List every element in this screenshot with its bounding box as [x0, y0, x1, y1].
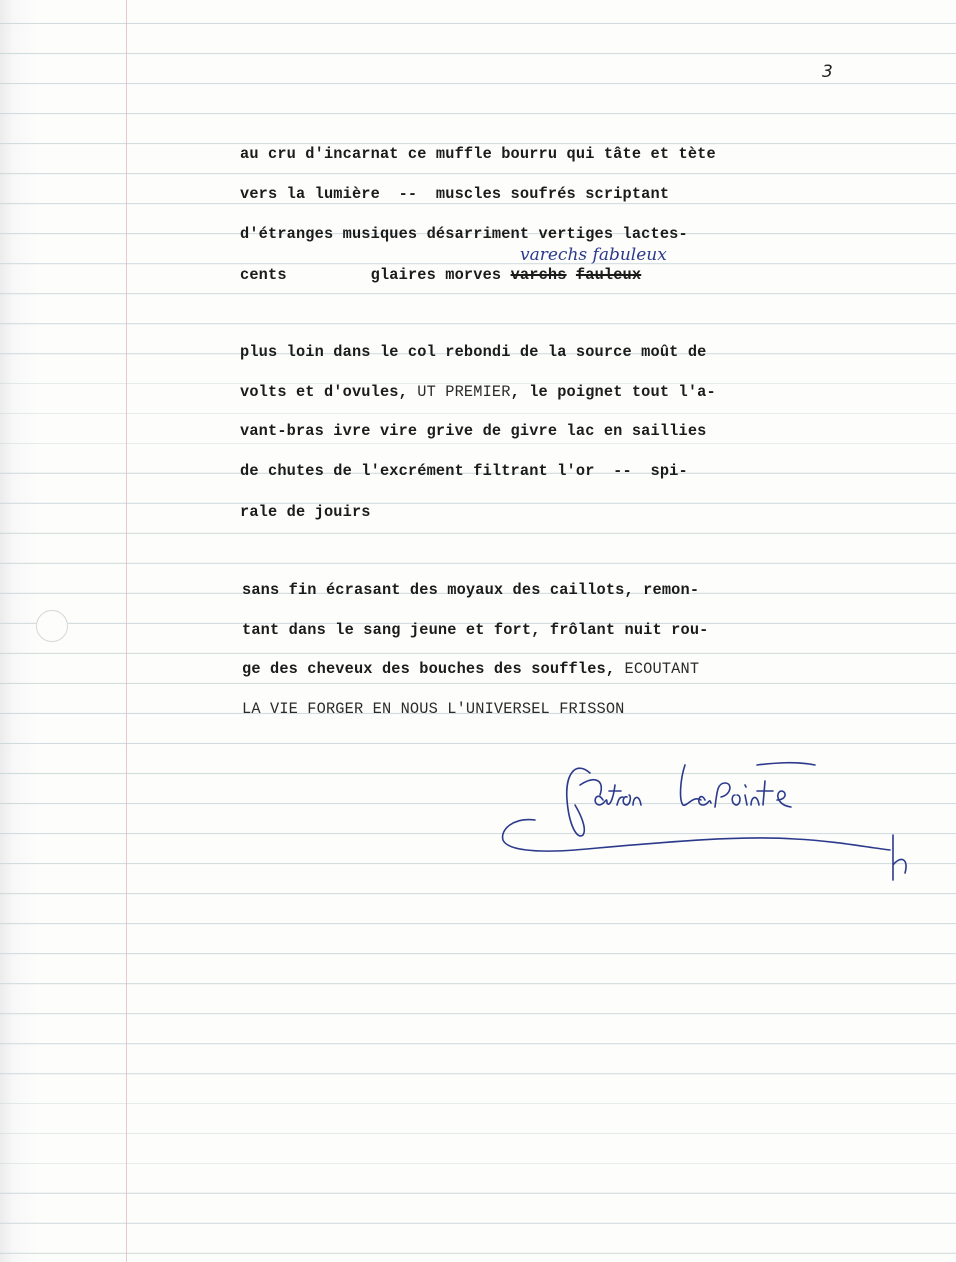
signature [495, 755, 925, 885]
handwritten-correction: varechs fabuleux [520, 245, 667, 265]
stanza1-line2: vers la lumière -- muscles soufrés scrip… [240, 187, 669, 202]
stanza2-line5: rale de jouirs [240, 505, 371, 520]
struck-word: varchs [511, 266, 567, 284]
stanza3-line3-start: ge des cheveux des bouches des souffles, [242, 660, 625, 678]
stanza2-line1: plus loin dans le col rebondi de la sour… [240, 345, 706, 360]
stanza2-line2-caps: UT PREMIER [417, 383, 510, 401]
stanza2-line4: de chutes de l'excrément filtrant l'or -… [240, 464, 688, 479]
struck-word: fauleux [576, 266, 641, 284]
stanza1-line3: d'étranges musiques désarriment vertiges… [240, 227, 688, 242]
stanza2-line2: volts et d'ovules, UT PREMIER, le poigne… [240, 385, 716, 400]
stanza1-line4-rest: glaires morves [371, 266, 511, 284]
stanza3-line2: tant dans le sang jeune et fort, frôlant… [242, 623, 708, 638]
stanza2-line2-rest: , le poignet tout l'a- [511, 383, 716, 401]
stanza1-line4: cents glaires morves varchs fauleux [240, 268, 641, 283]
margin-line [126, 0, 127, 1262]
stanza2-line2-start: volts et d'ovules, [240, 383, 417, 401]
page-number: 3 [822, 62, 833, 82]
stanza1-line1: au cru d'incarnat ce muffle bourru qui t… [240, 147, 716, 162]
stanza3-line1: sans fin écrasant des moyaux des caillot… [242, 583, 699, 598]
notebook-page: 3 au cru d'incarnat ce muffle bourru qui… [0, 0, 956, 1262]
punch-hole [36, 610, 68, 642]
stanza3-line4: LA VIE FORGER EN NOUS L'UNIVERSEL FRISSO… [242, 702, 625, 717]
stanza3-line3-caps: ECOUTANT [625, 660, 700, 678]
stanza1-line4-start: cents [240, 266, 287, 284]
stanza3-line3: ge des cheveux des bouches des souffles,… [242, 662, 699, 677]
stanza2-line3: vant-bras ivre vire grive de givre lac e… [240, 424, 706, 439]
